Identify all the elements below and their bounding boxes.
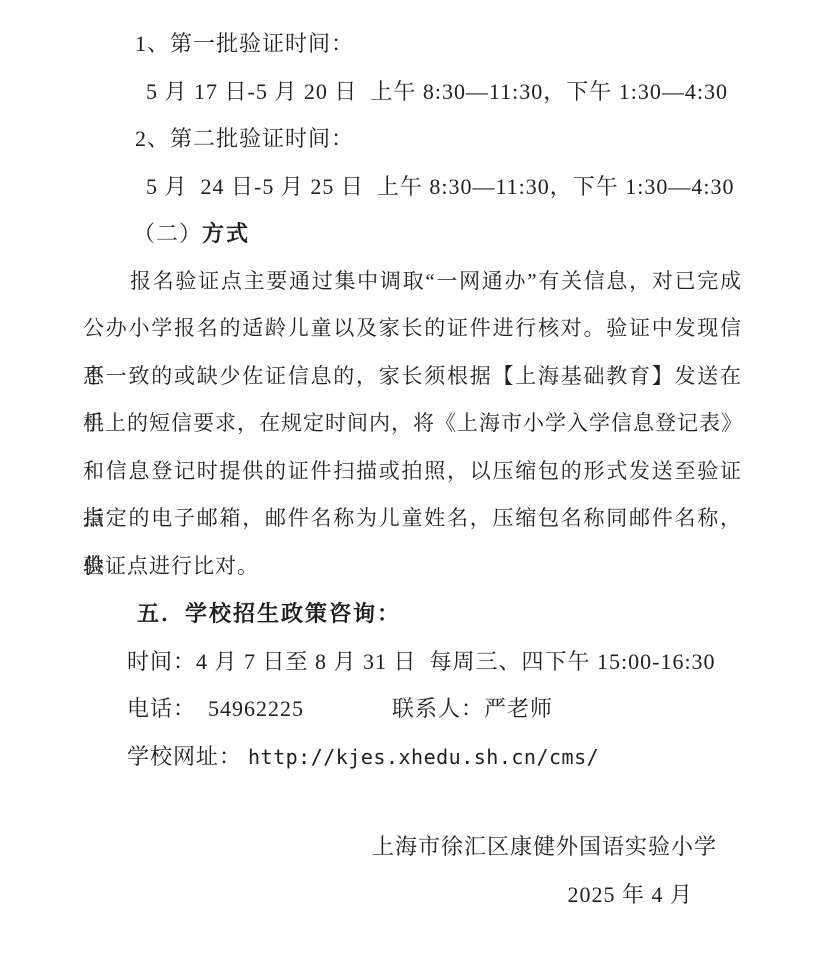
consult-phone-line: 电话：54962225联系人：严老师 <box>83 685 742 733</box>
phone-number: 54962225 <box>208 696 304 721</box>
method-paragraph-line: 不一致的或缺少佐证信息的，家长须根据【上海基础教育】发送在手 <box>83 353 742 401</box>
document-content: 1、第一批验证时间： 5 月 17 日-5 月 20 日 上午 8:30—11:… <box>0 0 826 918</box>
contact-person: 联系人：严老师 <box>392 696 553 721</box>
consult-heading-line: 五．学校招生政策咨询： <box>83 590 742 638</box>
signature-block: 上海市徐汇区康健外国语实验小学 2025 年 4 月 <box>83 823 742 918</box>
document-page: 1、第一批验证时间： 5 月 17 日-5 月 20 日 上午 8:30—11:… <box>0 0 826 968</box>
batch2-time-line: 5 月 24 日-5 月 25 日 上午 8:30—11:30，下午 1:30—… <box>83 163 742 211</box>
method-paragraph-line: 验证点进行比对。 <box>83 543 742 591</box>
consult-time-line: 时间：4 月 7 日至 8 月 31 日 每周三、四下午 15:00-16:30 <box>83 638 742 686</box>
method-paragraph-line: 机上的短信要求，在规定时间内，将《上海市小学入学信息登记表》 <box>83 400 742 448</box>
method-paragraph-line: 公办小学报名的适龄儿童以及家长的证件进行核对。验证中发现信息 <box>83 305 742 353</box>
signature-date-line: 2025 年 4 月 <box>83 871 742 919</box>
method-paragraph-line: 和信息登记时提供的证件扫描或拍照，以压缩包的形式发送至验证点 <box>83 448 742 496</box>
batch2-label-line: 2、第二批验证时间： <box>83 115 742 163</box>
method-heading-title: 方式 <box>202 221 250 246</box>
batch1-time-line: 5 月 17 日-5 月 20 日 上午 8:30—11:30，下午 1:30—… <box>83 68 742 116</box>
signature-school-line: 上海市徐汇区康健外国语实验小学 <box>83 823 742 871</box>
batch1-label-line: 1、第一批验证时间： <box>83 20 742 68</box>
method-paragraph-line: 指定的电子邮箱，邮件名称为儿童姓名，压缩包名称同邮件名称，供 <box>83 495 742 543</box>
phone-label: 电话： <box>127 696 196 721</box>
method-heading-prefix: （二） <box>133 221 202 246</box>
method-paragraph-line: 报名验证点主要通过集中调取“一网通办”有关信息，对已完成 <box>83 258 742 306</box>
website-label: 学校网址： <box>127 744 242 769</box>
method-heading-line: （二）方式 <box>83 210 742 258</box>
website-url: http://kjes.xhedu.sh.cn/cms/ <box>248 745 599 769</box>
consult-website-line: 学校网址：http://kjes.xhedu.sh.cn/cms/ <box>83 733 742 781</box>
